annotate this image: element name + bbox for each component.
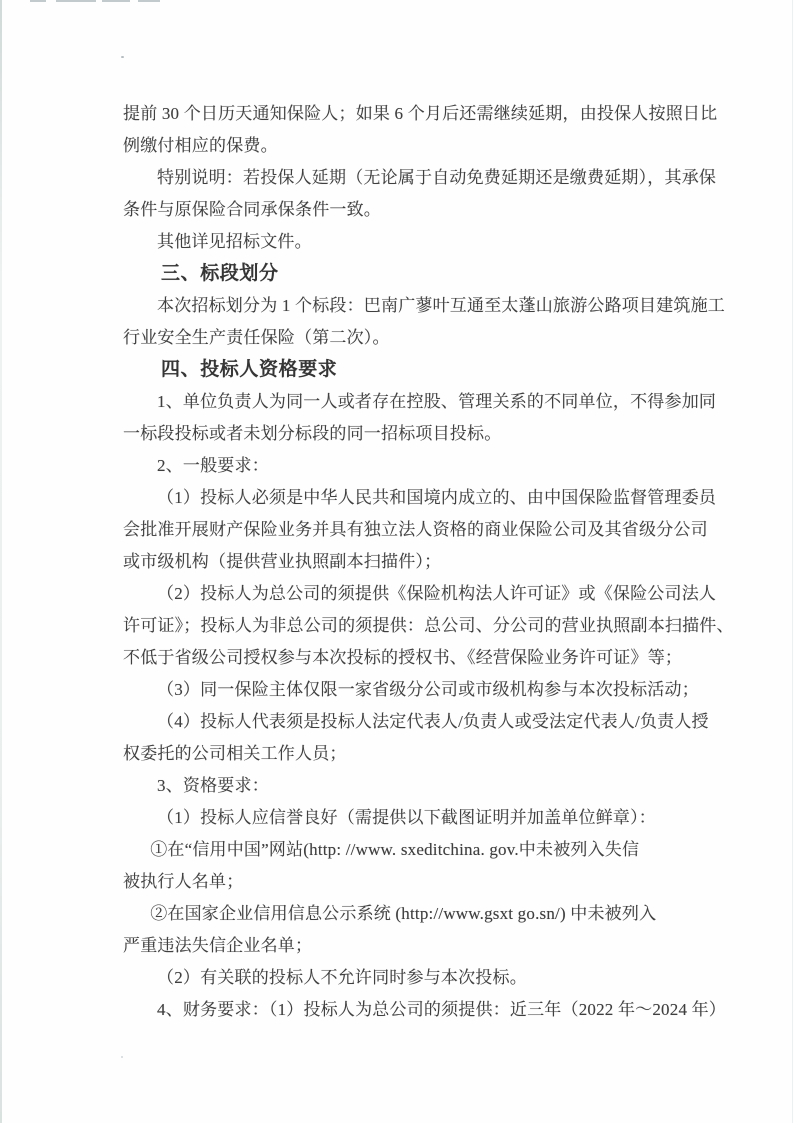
text-line: 提前 30 个日历天通知保险人；如果 6 个月后还需继续延期，由投保人按照日比	[123, 98, 701, 130]
section-heading: 三、标段划分	[123, 258, 701, 290]
text-line: 特别说明：若投保人延期（无论属于自动免费延期还是缴费延期），其承保	[123, 162, 701, 194]
text-line: 2、一般要求：	[123, 450, 701, 482]
scan-artifact-top-line	[138, 0, 160, 2]
text-line: 严重违法失信企业名单；	[123, 930, 701, 962]
text-line: 一标段投标或者未划分标段的同一招标项目投标。	[123, 418, 701, 450]
text-line: （3）同一保险主体仅限一家省级分公司或市级机构参与本次投标活动；	[123, 674, 701, 706]
text-line: （1）投标人必须是中华人民共和国境内成立的、由中国保险监督管理委员	[123, 482, 701, 514]
scan-artifact-speck	[121, 56, 124, 58]
scan-artifact-top-line	[102, 0, 130, 2]
text-line: 行业安全生产责任保险（第二次）。	[123, 322, 701, 354]
document-page: 提前 30 个日历天通知保险人；如果 6 个月后还需继续延期，由投保人按照日比 …	[0, 0, 794, 1123]
text-line: （2）有关联的投标人不允许同时参与本次投标。	[123, 962, 701, 994]
text-line: 其他详见招标文件。	[123, 226, 701, 258]
text-line: 1、单位负责人为同一人或者存在控股、管理关系的不同单位，不得参加同	[123, 386, 701, 418]
scan-artifact-top-line	[56, 0, 96, 2]
text-line: 条件与原保险合同承保条件一致。	[123, 194, 701, 226]
text-line: 3、资格要求：	[123, 770, 701, 802]
text-line: （2）投标人为总公司的须提供《保险机构法人许可证》或《保险公司法人	[123, 578, 701, 610]
text-line: 或市级机构（提供营业执照副本扫描件）；	[123, 546, 701, 578]
text-line: ②在国家企业信用信息公示系统 (http://www.gsxt go.sn/) …	[123, 898, 701, 930]
scan-artifact-right-edge	[792, 0, 793, 1123]
text-line: 许可证》；投标人为非总公司的须提供：总公司、分公司的营业执照副本扫描件、	[123, 610, 701, 642]
scan-artifact-speck	[121, 1056, 123, 1058]
scan-artifact-top-line	[30, 0, 46, 2]
text-line: 本次招标划分为 1 个标段：巴南广蓼叶互通至太蓬山旅游公路项目建筑施工	[123, 290, 701, 322]
text-line: 不低于省级公司授权参与本次投标的授权书、《经营保险业务许可证》等；	[123, 642, 701, 674]
text-line: （4）投标人代表须是投标人法定代表人/负责人或受法定代表人/负责人授	[123, 706, 701, 738]
text-line: 权委托的公司相关工作人员；	[123, 738, 701, 770]
document-body: 提前 30 个日历天通知保险人；如果 6 个月后还需继续延期，由投保人按照日比 …	[123, 98, 701, 1026]
text-line: 会批准开展财产保险业务并具有独立法人资格的商业保险公司及其省级分公司	[123, 514, 701, 546]
text-line: 例缴付相应的保费。	[123, 130, 701, 162]
scan-artifact-left-edge	[0, 0, 2, 1123]
text-line: 4、财务要求：（1）投标人为总公司的须提供：近三年（2022 年～2024 年）	[123, 994, 701, 1026]
text-line: 被执行人名单；	[123, 866, 701, 898]
text-line: ①在“信用中国”网站(http: //www. sxeditchina. gov…	[123, 834, 701, 866]
section-heading: 四、投标人资格要求	[123, 354, 701, 386]
text-line: （1）投标人应信誉良好（需提供以下截图证明并加盖单位鲜章）：	[123, 802, 701, 834]
